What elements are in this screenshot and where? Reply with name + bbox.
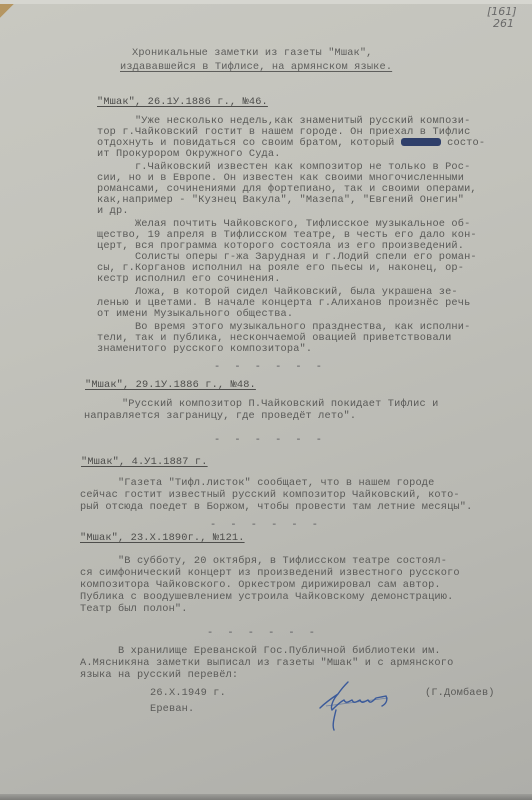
entry-2-line: "Русский композитор П.Чайковский покидае… [84,399,438,410]
page-bottom-shadow [0,794,532,800]
closing-date: 26.Х.1949 г. [150,688,226,699]
entry-1-line: ит Прокурором Окружного Суда. [97,149,281,160]
entry-1-line: как,например - "Кузнец Вакула", "Мазепа"… [97,195,464,206]
closing-line: языка на русский перевёл: [80,670,238,681]
entry-4-heading: "Мшак", 23.Х.1890г., №121. [80,533,245,544]
closing-city: Ереван. [150,704,194,715]
entry-4-line: "В субботу, 20 октября, в Тифлисском теа… [80,556,447,567]
entry-4-line: ся симфонический концерт из произведений… [80,568,460,579]
entry-1-line: знаменитого русского композитора". [97,344,312,355]
entry-1-line: кестр исполнил его сочинения. [97,274,281,285]
entry-1-line-suffix: состо- [447,137,485,149]
entry-2-line: направляется заграницу, где проведёт лет… [84,411,356,422]
entry-1-line: от имени Музыкального общества. [97,309,293,320]
signatory-name: (Г.Домбаев) [425,688,495,699]
entry-3-line: рый отсюда поедет в Боржом, чтобы провес… [80,502,472,513]
document-title-line1: Хроникальные заметки из газеты "Мшак", [132,48,373,59]
archive-page-number: [161] 261 [487,6,517,30]
entry-3-line: "Газета "Тифл.листок" сообщает, что в на… [80,478,434,489]
archive-number-line2: 261 [487,18,517,30]
section-separator: - - - - - - [214,362,326,373]
entry-1-line: и др. [97,206,129,217]
section-separator: - - - - - - [214,435,326,446]
closing-line: А.Мясникяна заметки выписал из газеты "М… [80,658,453,669]
section-separator: - - - - - - [207,628,319,639]
entry-1-heading: "Мшак", 26.1У.1886 г., №46. [97,97,268,108]
entry-4-line: композитора Чайковского. Оркестром дириж… [80,580,441,591]
entry-3-heading: "Мшак", 4.У1.1887 г. [81,457,208,468]
handwritten-signature [318,676,398,732]
closing-line: В хранилище Ереванской Гос.Публичной биб… [80,646,441,657]
document-title-line2: издававшейся в Тифлисе, на армянском язы… [120,62,392,73]
redaction-mark [401,138,441,146]
entry-4-line: Публика с воодушевлением устроила Чайков… [80,592,453,603]
entry-4-line: Театр был полон". [80,604,188,615]
entry-3-line: сейчас гостит известный русский композит… [80,490,460,501]
section-separator: - - - - - - [210,520,322,531]
entry-2-heading: "Мшак", 29.1У.1886 г., №48. [85,380,256,391]
